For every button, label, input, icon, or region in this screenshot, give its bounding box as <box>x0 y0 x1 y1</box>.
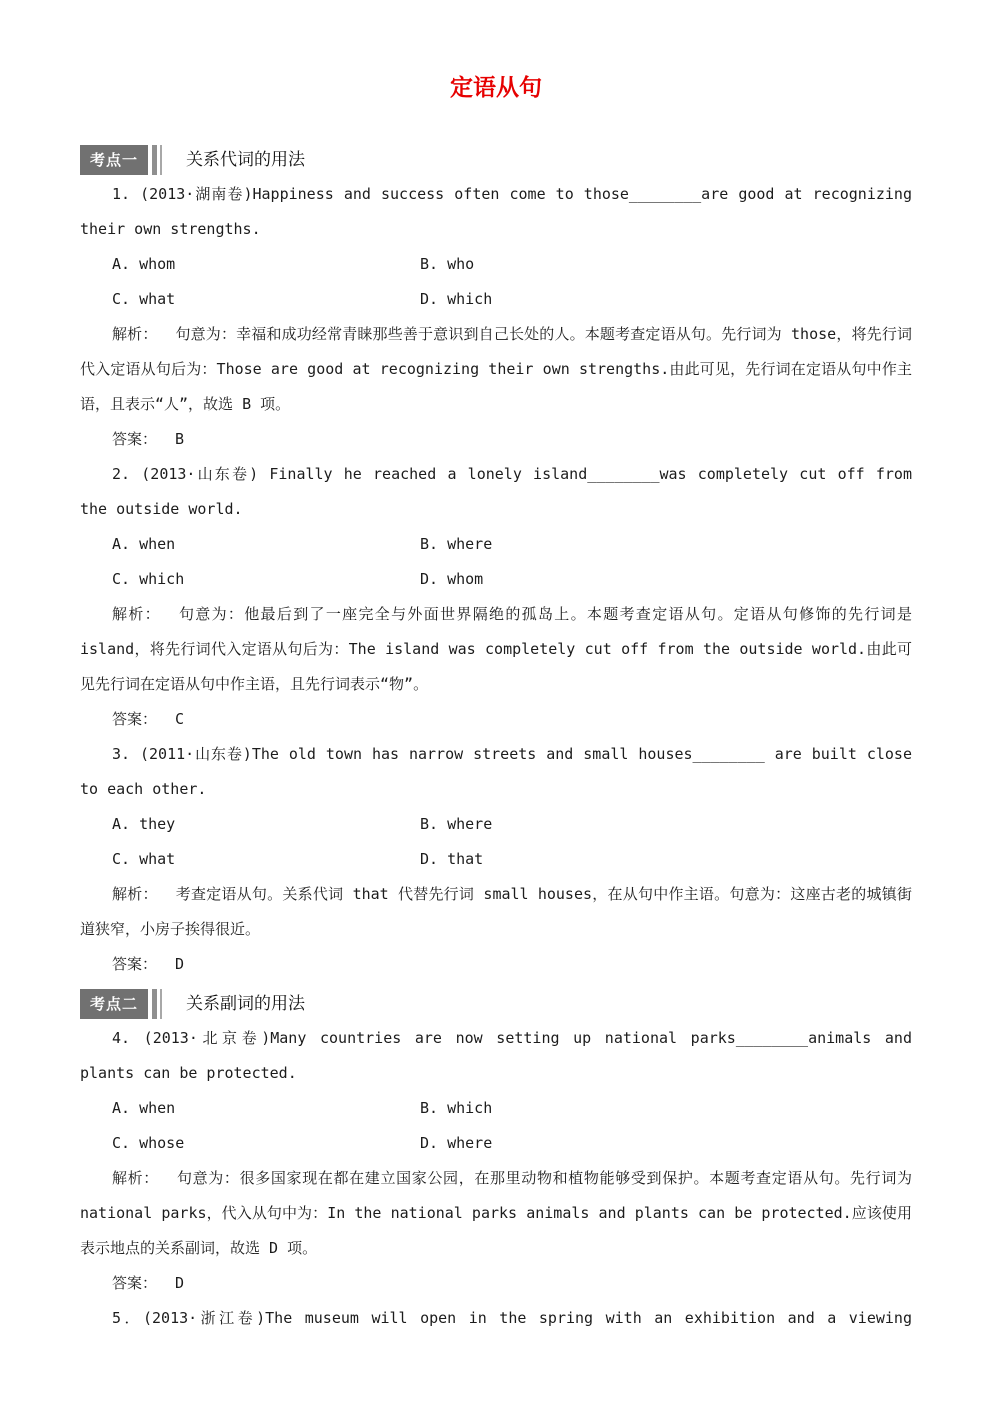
options-grid: A. when B. where C. which D. whom <box>80 527 912 597</box>
option-a: A. they <box>112 807 420 842</box>
option-c: C. what <box>112 282 420 317</box>
section-header-2: 考点二 关系副词的用法 <box>80 987 912 1021</box>
analysis-paragraph: 解析：考查定语从句。关系代词 that 代替先行词 small houses，在… <box>80 877 912 947</box>
doc-title: 定语从句 <box>80 73 912 103</box>
option-b: B. where <box>420 807 912 842</box>
answer-value: C <box>175 710 184 728</box>
section-heading: 关系代词的用法 <box>186 143 305 178</box>
option-d: D. whom <box>420 562 912 597</box>
analysis-paragraph: 解析：句意为：幸福和成功经常青睐那些善于意识到自己长处的人。本题考查定语从句。先… <box>80 317 912 422</box>
options-grid: A. whom B. who C. what D. which <box>80 247 912 317</box>
answer-value: B <box>175 430 184 448</box>
answer-label: 答案： <box>112 1274 157 1292</box>
question-3: 3. (2011·山东卷)The old town has narrow str… <box>80 737 912 982</box>
question-4: 4. (2013·北京卷)Many countries are now sett… <box>80 1021 912 1301</box>
question-5: 5．(2013·浙江卷)The museum will open in the … <box>80 1301 912 1336</box>
section-header-1: 考点一 关系代词的用法 <box>80 143 912 177</box>
option-d: D. that <box>420 842 912 877</box>
document-page: 定语从句 考点一 关系代词的用法 1. (2013·湖南卷)Happiness … <box>0 0 992 1403</box>
analysis-paragraph: 解析：句意为：很多国家现在都在建立国家公园，在那里动物和植物能够受到保护。本题考… <box>80 1161 912 1266</box>
options-grid: A. when B. which C. whose D. where <box>80 1091 912 1161</box>
analysis-label: 解析： <box>112 605 161 623</box>
answer-label: 答案： <box>112 955 157 973</box>
analysis-label: 解析： <box>112 885 158 903</box>
answer-line: 答案：C <box>80 702 912 737</box>
analysis-paragraph: 解析：句意为：他最后到了一座完全与外面世界隔绝的孤岛上。本题考查定语从句。定语从… <box>80 597 912 702</box>
badge-stripes-icon <box>152 989 162 1019</box>
option-d: D. which <box>420 282 912 317</box>
question-stem: 1. (2013·湖南卷)Happiness and success often… <box>80 177 912 247</box>
badge-stripes-icon <box>152 145 162 175</box>
question-stem: 4. (2013·北京卷)Many countries are now sett… <box>80 1021 912 1091</box>
answer-line: 答案：B <box>80 422 912 457</box>
analysis-text: 句意为：很多国家现在都在建立国家公园，在那里动物和植物能够受到保护。本题考查定语… <box>80 1169 912 1257</box>
analysis-text: 句意为：他最后到了一座完全与外面世界隔绝的孤岛上。本题考查定语从句。定语从句修饰… <box>80 605 912 693</box>
option-b: B. who <box>420 247 912 282</box>
option-c: C. which <box>112 562 420 597</box>
analysis-text: 句意为：幸福和成功经常青睐那些善于意识到自己长处的人。本题考查定语从句。先行词为… <box>80 325 912 413</box>
option-b: B. which <box>420 1091 912 1126</box>
answer-label: 答案： <box>112 430 157 448</box>
answer-value: D <box>175 955 184 973</box>
answer-label: 答案： <box>112 710 157 728</box>
question-stem: 2. (2013·山东卷) Finally he reached a lonel… <box>80 457 912 527</box>
analysis-label: 解析： <box>112 1169 159 1187</box>
option-a: A. whom <box>112 247 420 282</box>
option-a: A. when <box>112 527 420 562</box>
answer-line: 答案：D <box>80 1266 912 1301</box>
question-stem: 3. (2011·山东卷)The old town has narrow str… <box>80 737 912 807</box>
option-b: B. where <box>420 527 912 562</box>
section-badge: 考点二 <box>80 989 148 1019</box>
answer-line: 答案：D <box>80 947 912 982</box>
answer-value: D <box>175 1274 184 1292</box>
analysis-text: 考查定语从句。关系代词 that 代替先行词 small houses，在从句中… <box>80 885 912 938</box>
option-d: D. where <box>420 1126 912 1161</box>
option-c: C. whose <box>112 1126 420 1161</box>
analysis-label: 解析： <box>112 325 157 343</box>
question-2: 2. (2013·山东卷) Finally he reached a lonel… <box>80 457 912 737</box>
option-c: C. what <box>112 842 420 877</box>
section-badge: 考点一 <box>80 145 148 175</box>
question-1: 1. (2013·湖南卷)Happiness and success often… <box>80 177 912 457</box>
question-stem: 5．(2013·浙江卷)The museum will open in the … <box>80 1301 912 1336</box>
options-grid: A. they B. where C. what D. that <box>80 807 912 877</box>
section-heading: 关系副词的用法 <box>186 987 305 1022</box>
option-a: A. when <box>112 1091 420 1126</box>
